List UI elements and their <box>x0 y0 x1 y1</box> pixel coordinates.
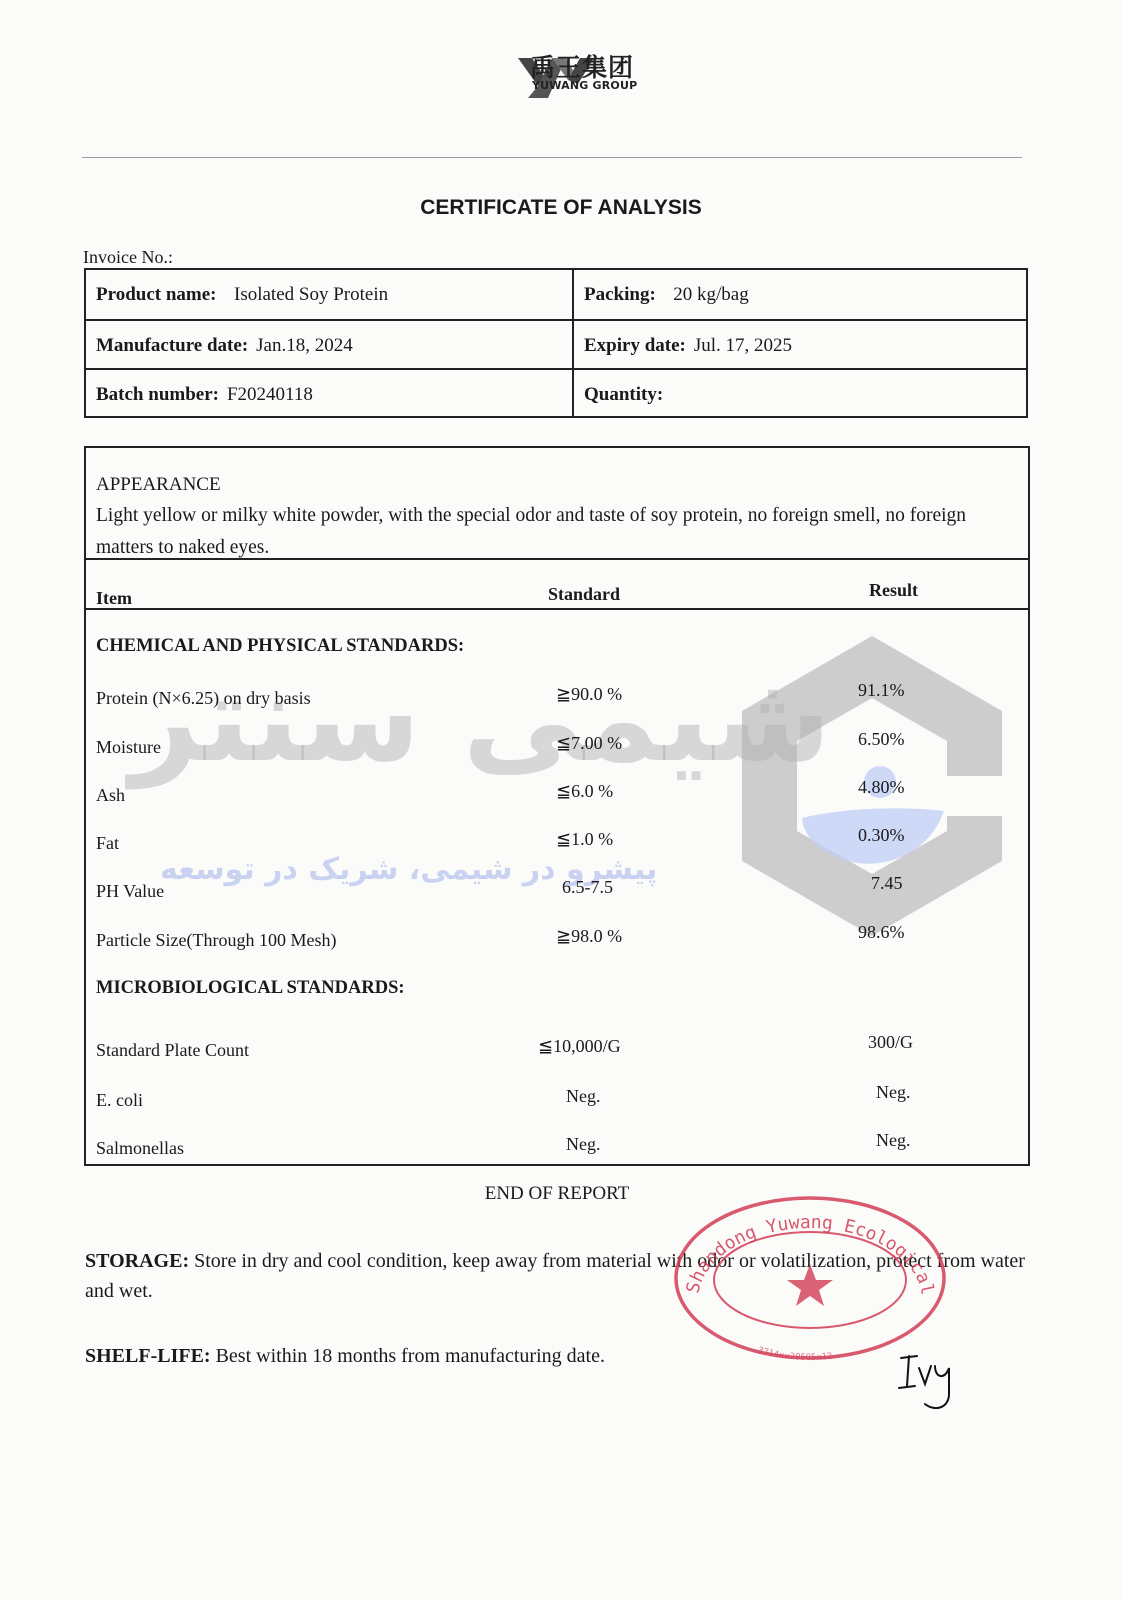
quantity-cell: Quantity: <box>584 370 671 419</box>
info-row: Product name: Isolated Soy Protein Packi… <box>86 270 1026 319</box>
row-standard-value: ≦1.0 % <box>556 829 613 850</box>
row-result-value: Neg. <box>876 1082 911 1103</box>
document-title: CERTIFICATE OF ANALYSIS <box>0 196 1122 220</box>
company-stamp-icon: Shandong Yuwang Ecological Food Industry… <box>670 1190 950 1365</box>
row-standard-value: ≦7.00 % <box>556 733 622 754</box>
analysis-table: APPEARANCE Light yellow or milky white p… <box>84 446 1030 1166</box>
svg-text:3714xx20505x12: 3714xx20505x12 <box>757 1346 833 1363</box>
manufacture-date-cell: Manufacture date:Jan.18, 2024 <box>96 321 353 370</box>
row-item-label: Particle Size(Through 100 Mesh) <box>96 930 336 951</box>
row-result-value: 4.80% <box>858 777 905 798</box>
row-item-label: E. coli <box>96 1090 143 1111</box>
row-result-value: 0.30% <box>858 825 905 846</box>
column-header-result: Result <box>869 580 918 601</box>
manufacture-date-value: Jan.18, 2024 <box>256 335 353 357</box>
expiry-date-cell: Expiry date:Jul. 17, 2025 <box>584 321 792 370</box>
product-name-value: Isolated Soy Protein <box>234 284 388 306</box>
row-result-value: 91.1% <box>858 680 905 701</box>
header-divider <box>82 157 1022 158</box>
row-result-value: 6.50% <box>858 729 905 750</box>
row-result-value: 7.45 <box>871 873 903 894</box>
row-standard-value: ≧98.0 % <box>556 926 622 947</box>
logo-english-text: YUWANG GROUP <box>532 79 637 92</box>
invoice-label: Invoice No.: <box>83 247 173 268</box>
row-item-label: Standard Plate Count <box>96 1040 249 1061</box>
expiry-date-value: Jul. 17, 2025 <box>694 335 792 357</box>
row-standard-value: Neg. <box>566 1086 601 1107</box>
row-standard-value: ≦10,000/G <box>538 1036 621 1057</box>
row-standard-value: Neg. <box>566 1134 601 1155</box>
row-result-value: 300/G <box>868 1032 913 1053</box>
row-item-label: PH Value <box>96 881 164 902</box>
packing-value: 20 kg/bag <box>673 284 748 306</box>
appearance-text: Light yellow or milky white powder, with… <box>96 500 1026 564</box>
batch-number-cell: Batch number:F20240118 <box>96 370 313 419</box>
product-name-cell: Product name: Isolated Soy Protein <box>96 270 388 319</box>
column-header-standard: Standard <box>548 584 620 605</box>
product-info-table: Product name: Isolated Soy Protein Packi… <box>84 268 1028 418</box>
info-row: Manufacture date:Jan.18, 2024 Expiry dat… <box>86 319 1026 370</box>
column-header-item: Item <box>96 588 132 609</box>
row-item-label: Ash <box>96 785 125 806</box>
row-result-value: Neg. <box>876 1130 911 1151</box>
signature-icon <box>895 1342 965 1422</box>
row-item-label: Salmonellas <box>96 1138 184 1159</box>
row-standard-value: ≦6.0 % <box>556 781 613 802</box>
row-standard-value: ≧90.0 % <box>556 684 622 705</box>
chemical-section-title: CHEMICAL AND PHYSICAL STANDARDS: <box>96 636 464 657</box>
packing-cell: Packing: 20 kg/bag <box>584 270 749 319</box>
row-item-label: Fat <box>96 833 119 854</box>
row-result-value: 98.6% <box>858 922 905 943</box>
appearance-title: APPEARANCE <box>96 474 221 496</box>
row-item-label: Moisture <box>96 737 161 758</box>
row-item-label: Protein (N×6.25) on dry basis <box>96 688 311 709</box>
batch-number-value: F20240118 <box>227 384 313 406</box>
micro-section-title: MICROBIOLOGICAL STANDARDS: <box>96 978 405 999</box>
info-row: Batch number:F20240118 Quantity: <box>86 368 1026 419</box>
row-standard-value: 6.5-7.5 <box>562 877 613 898</box>
